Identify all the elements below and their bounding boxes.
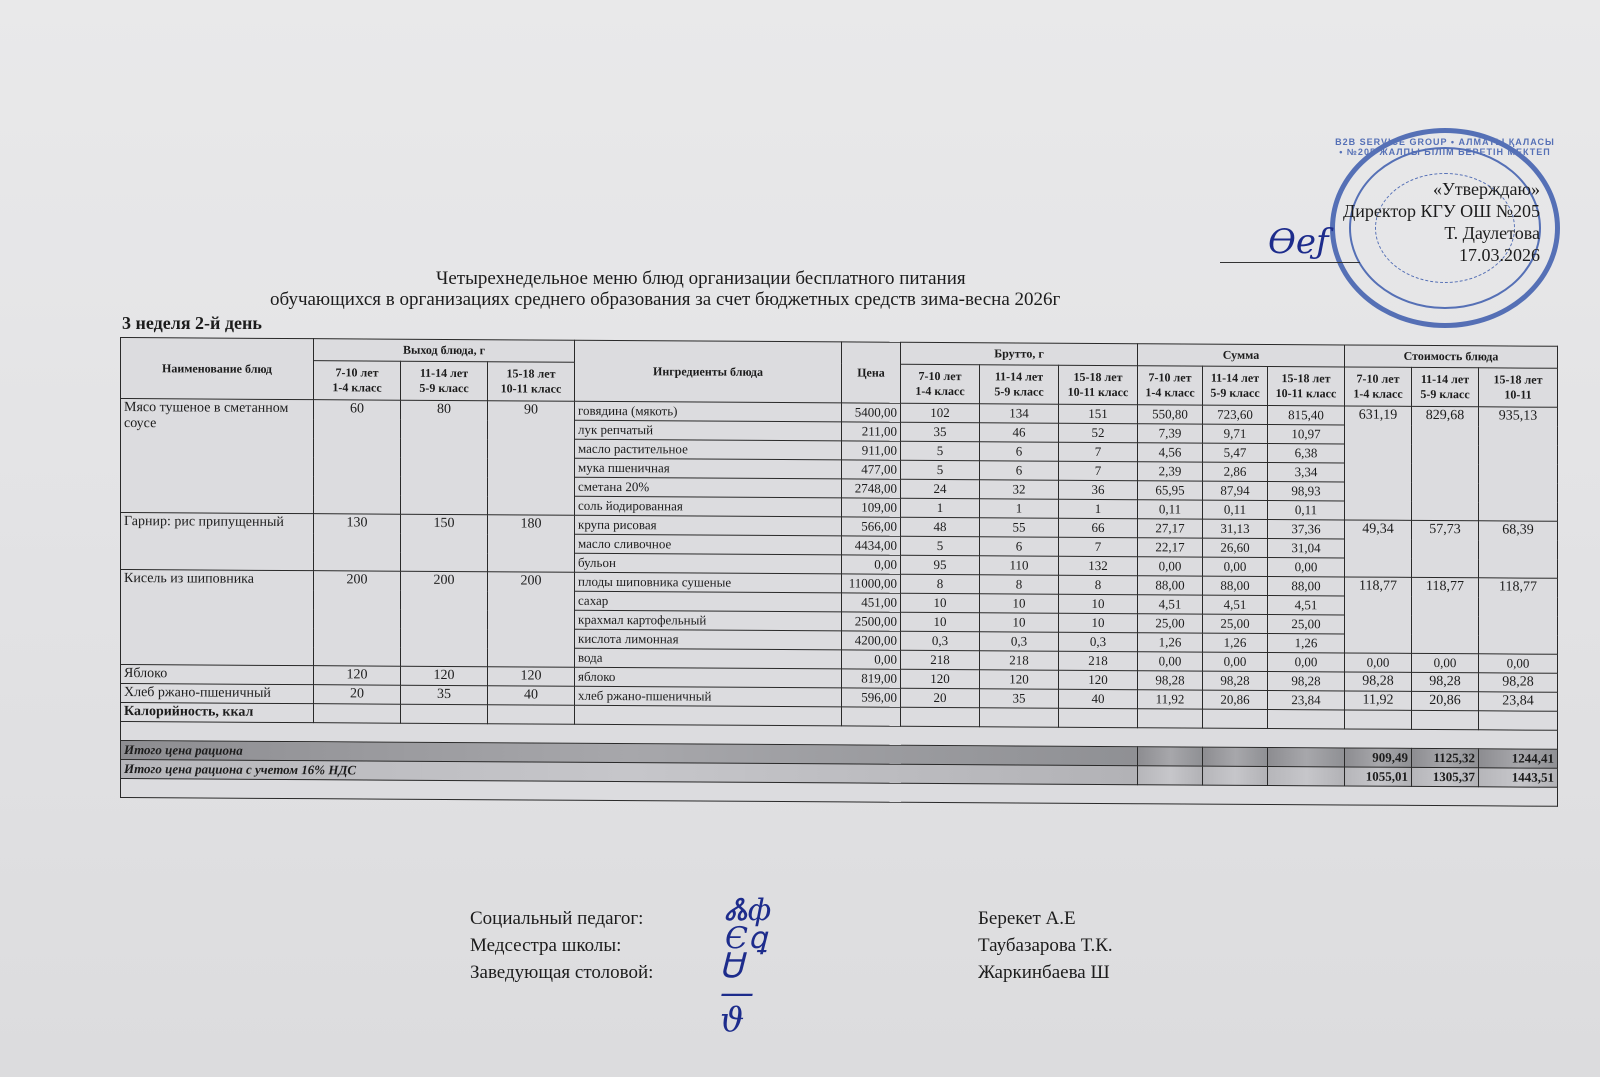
empty-cell: [1345, 710, 1412, 729]
signature-role: Заведующая столовой:: [470, 959, 653, 986]
grade-label: 10-11 класс: [1062, 385, 1134, 400]
dish-cost: 23,84: [1479, 692, 1558, 711]
ingredient-sum: 2,39: [1138, 462, 1203, 481]
age-label: 7-10 лет: [317, 365, 397, 380]
signature-canteen-head: Ꮜ—ϑ: [720, 953, 754, 1034]
ingredient-sum: 98,93: [1268, 482, 1345, 501]
age-label: 7-10 лет: [1141, 370, 1199, 385]
ingredient-sum: 27,17: [1138, 519, 1203, 538]
ingredient-brutto: 48: [901, 517, 980, 536]
ingredient-name: масло сливочное: [575, 534, 842, 555]
dish-name: Мясо тушеное в сметанном соусе: [121, 399, 314, 514]
total-value: 1244,41: [1479, 749, 1558, 768]
dish-output: 180: [488, 515, 575, 573]
header-output: Выход блюда, г: [314, 339, 575, 362]
ingredient-brutto: 1: [980, 499, 1059, 518]
ingredient-sum: 88,00: [1203, 576, 1268, 595]
dish-cost: 118,77: [1479, 578, 1558, 654]
ingredient-brutto: 35: [901, 422, 980, 441]
ingredient-price: 4434,00: [842, 536, 901, 555]
empty-cell: [1412, 710, 1479, 729]
age-label: 11-14 лет: [404, 365, 484, 380]
header-sum: Сумма: [1138, 344, 1345, 367]
dish-output: 90: [488, 401, 575, 516]
ingredient-sum: 25,00: [1268, 615, 1345, 634]
ingredient-name: мука пшеничная: [575, 458, 842, 479]
dish-name: Яблоко: [121, 665, 314, 685]
grade-label: 1-4 класс: [317, 380, 397, 395]
empty-cell: [1268, 767, 1345, 786]
ingredient-sum: 550,80: [1138, 405, 1203, 424]
ingredient-brutto: 8: [901, 574, 980, 593]
ingredient-name: масло растительное: [575, 439, 842, 460]
dish-cost: 98,28: [1479, 673, 1558, 692]
empty-cell: [1203, 709, 1268, 728]
dish-cost: 57,73: [1412, 520, 1479, 577]
ingredient-brutto: 218: [980, 651, 1059, 670]
ingredient-sum: 31,13: [1203, 519, 1268, 538]
ingredient-price: 819,00: [842, 669, 901, 688]
empty-cell: [488, 705, 575, 725]
total-value: 1443,51: [1479, 768, 1558, 787]
ingredient-name: сахар: [575, 591, 842, 612]
ingredient-brutto: 10: [1059, 613, 1138, 632]
ingredient-sum: 0,00: [1138, 652, 1203, 671]
document-title: Четырехнедельное меню блюд организации б…: [436, 268, 966, 290]
ingredient-brutto: 0,3: [980, 632, 1059, 651]
empty-cell: [1138, 766, 1203, 785]
dish-output: 200: [401, 571, 488, 667]
ingredient-brutto: 7: [1059, 442, 1138, 461]
ingredient-brutto: 5: [901, 441, 980, 460]
age-label: 11-14 лет: [1415, 372, 1475, 387]
document-subtitle: обучающихся в организациях среднего обра…: [270, 289, 1060, 311]
dish-output: 20: [314, 685, 401, 705]
age-label: 7-10 лет: [904, 369, 976, 384]
ingredient-sum: 723,60: [1203, 405, 1268, 424]
grade-label: 5-9 класс: [404, 380, 484, 395]
ingredient-brutto: 0,3: [1059, 632, 1138, 651]
empty-cell: [1203, 766, 1268, 785]
ingredient-brutto: 7: [1059, 537, 1138, 556]
ingredient-sum: 0,00: [1268, 653, 1345, 672]
empty-cell: [1203, 747, 1268, 766]
header-ingredients: Ингредиенты блюда: [575, 340, 842, 403]
ingredient-brutto: 40: [1059, 689, 1138, 708]
dish-cost: 20,86: [1412, 691, 1479, 710]
ingredient-sum: 2,86: [1203, 462, 1268, 481]
age-label: 11-14 лет: [983, 369, 1055, 384]
dish-cost: 49,34: [1345, 520, 1412, 577]
header-age-br-1: 11-14 лет5-9 класс: [980, 364, 1059, 404]
ingredient-price: 5400,00: [842, 403, 901, 422]
ingredient-brutto: 6: [980, 537, 1059, 556]
dish-output: 80: [401, 400, 488, 515]
ingredient-price: 477,00: [842, 460, 901, 479]
empty-cell: [1059, 708, 1138, 727]
ingredient-price: 211,00: [842, 422, 901, 441]
ingredient-brutto: 52: [1059, 423, 1138, 442]
signature-social-pedagogue: Ꮬф: [725, 897, 771, 924]
ingredient-sum: 11,92: [1138, 690, 1203, 709]
grade-label: 1-4 класс: [904, 384, 976, 399]
empty-cell: [1479, 711, 1558, 730]
ingredient-sum: 1,26: [1203, 633, 1268, 652]
ingredient-price: 566,00: [842, 517, 901, 536]
grade-label: 1-4 класс: [1348, 386, 1408, 401]
grade-label: 1-4 класс: [1141, 385, 1199, 400]
header-age-sum-2: 15-18 лет10-11 класс: [1268, 366, 1345, 406]
header-brutto: Брутто, г: [901, 342, 1138, 365]
dish-name: Хлеб ржано-пшеничный: [121, 684, 314, 704]
grade-label: 5-9 класс: [983, 384, 1055, 399]
ingredient-brutto: 1: [1059, 499, 1138, 518]
empty-cell: [575, 705, 842, 726]
ingredient-name: плоды шиповника сушеные: [575, 572, 842, 593]
menu-table: Наименование блюд Выход блюда, г Ингреди…: [120, 337, 1558, 807]
dish-cost: 68,39: [1479, 521, 1558, 578]
dish-cost: 11,92: [1345, 691, 1412, 710]
ingredient-brutto: 132: [1059, 556, 1138, 575]
header-age-sum-0: 7-10 лет1-4 класс: [1138, 365, 1203, 405]
approval-position: Директор КГУ ОШ №205: [1240, 200, 1540, 222]
dish-cost: 631,19: [1345, 406, 1412, 520]
header-age-out-2: 15-18 лет10-11 класс: [488, 361, 575, 401]
ingredient-price: 4200,00: [842, 631, 901, 650]
ingredient-brutto: 1: [901, 498, 980, 517]
ingredient-brutto: 6: [980, 442, 1059, 461]
empty-cell: [1138, 747, 1203, 766]
ingredient-brutto: 10: [1059, 594, 1138, 613]
header-age-cost-0: 7-10 лет1-4 класс: [1345, 366, 1412, 406]
ingredient-price: 451,00: [842, 593, 901, 612]
ingredient-sum: 0,00: [1203, 652, 1268, 671]
ingredient-brutto: 95: [901, 555, 980, 574]
dish-output: 60: [314, 400, 401, 515]
ingredient-sum: 4,51: [1138, 595, 1203, 614]
ingredient-sum: 88,00: [1138, 576, 1203, 595]
dish-cost: 829,68: [1412, 406, 1479, 520]
ingredient-sum: 98,28: [1203, 671, 1268, 690]
dish-name: Гарнир: рис припущенный: [121, 513, 314, 571]
ingredient-brutto: 8: [1059, 575, 1138, 594]
ingredient-brutto: 55: [980, 518, 1059, 537]
ingredient-sum: 0,00: [1268, 558, 1345, 577]
week-day-label: 3 неделя 2-й день: [122, 313, 262, 334]
ingredient-sum: 0,00: [1203, 557, 1268, 576]
ingredient-sum: 26,60: [1203, 538, 1268, 557]
dish-cost: 98,28: [1345, 672, 1412, 691]
stamp-text: B2B SERVICE GROUP • АЛМАТЫ ҚАЛАСЫ • №205…: [1335, 137, 1555, 157]
dish-output: 150: [401, 514, 488, 572]
ingredient-sum: 9,71: [1203, 424, 1268, 443]
dish-output: 120: [488, 667, 575, 687]
ingredient-name: сметана 20%: [575, 477, 842, 498]
ingredient-sum: 87,94: [1203, 481, 1268, 500]
ingredient-sum: 23,84: [1268, 691, 1345, 710]
header-cost: Стоимость блюда: [1345, 345, 1558, 368]
ingredient-cost: 0,00: [1345, 653, 1412, 672]
header-dish-name: Наименование блюд: [121, 338, 314, 400]
ingredient-price: 0,00: [842, 650, 901, 669]
ingredient-price: 2748,00: [842, 479, 901, 498]
approval-title: «Утверждаю»: [1240, 178, 1540, 200]
dish-name: Кисель из шиповника: [121, 570, 314, 666]
age-label: 15-18 лет: [1482, 372, 1554, 387]
dish-output: 200: [314, 571, 401, 667]
empty-cell: [1268, 748, 1345, 767]
header-age-br-2: 15-18 лет10-11 класс: [1059, 365, 1138, 405]
ingredient-brutto: 134: [980, 404, 1059, 423]
ingredient-brutto: 5: [901, 536, 980, 555]
header-age-out-0: 7-10 лет1-4 класс: [314, 360, 401, 400]
ingredient-brutto: 110: [980, 556, 1059, 575]
ingredient-name: соль йодированная: [575, 496, 842, 517]
signature-name: Берекет А.Е: [978, 905, 1198, 932]
ingredient-sum: 815,40: [1268, 406, 1345, 425]
total-value: 1305,37: [1412, 767, 1479, 786]
ingredient-sum: 1,26: [1268, 634, 1345, 653]
ingredient-sum: 22,17: [1138, 538, 1203, 557]
ingredient-brutto: 120: [980, 670, 1059, 689]
header-age-sum-1: 11-14 лет5-9 класс: [1203, 366, 1268, 406]
ingredient-brutto: 5: [901, 460, 980, 479]
dish-cost: 935,13: [1479, 407, 1558, 521]
ingredient-price: 596,00: [842, 688, 901, 707]
ingredient-sum: 4,56: [1138, 443, 1203, 462]
header-price: Цена: [842, 342, 901, 403]
ingredient-sum: 4,51: [1268, 596, 1345, 615]
header-age-out-1: 11-14 лет5-9 класс: [401, 361, 488, 401]
signature-line: [1220, 262, 1360, 263]
ingredient-brutto: 7: [1059, 461, 1138, 480]
ingredient-brutto: 102: [901, 403, 980, 422]
empty-cell: [901, 707, 980, 726]
age-label: 11-14 лет: [1206, 370, 1264, 385]
ingredient-cost: 0,00: [1479, 654, 1558, 673]
ingredient-brutto: 218: [1059, 651, 1138, 670]
ingredient-brutto: 151: [1059, 404, 1138, 423]
total-value: 909,49: [1345, 748, 1412, 767]
ingredient-brutto: 120: [1059, 670, 1138, 689]
signature-name: Таубазарова Т.К.: [978, 932, 1198, 959]
ingredient-sum: 25,00: [1138, 614, 1203, 633]
ingredient-brutto: 10: [901, 593, 980, 612]
ingredient-sum: 0,11: [1138, 500, 1203, 519]
ingredient-name: яблоко: [575, 667, 842, 688]
header-age-cost-1: 11-14 лет5-9 класс: [1412, 367, 1479, 407]
signatures-block: Социальный педагог:Медсестра школы:Завед…: [470, 905, 653, 986]
dish-cost: 118,77: [1345, 577, 1412, 653]
ingredient-sum: 6,38: [1268, 444, 1345, 463]
ingredient-brutto: 35: [980, 689, 1059, 708]
ingredient-price: 911,00: [842, 441, 901, 460]
empty-cell: [314, 704, 401, 724]
total-value: 1055,01: [1345, 767, 1412, 786]
ingredient-sum: 0,11: [1268, 501, 1345, 520]
ingredient-sum: 31,04: [1268, 539, 1345, 558]
header-age-br-0: 7-10 лет1-4 класс: [901, 364, 980, 404]
ingredient-price: 11000,00: [842, 574, 901, 593]
ingredient-sum: 98,28: [1138, 671, 1203, 690]
ingredient-sum: 98,28: [1268, 672, 1345, 691]
ingredient-price: 109,00: [842, 498, 901, 517]
ingredient-sum: 5,47: [1203, 443, 1268, 462]
ingredient-sum: 88,00: [1268, 577, 1345, 596]
signature-role: Медсестра школы:: [470, 932, 653, 959]
ingredient-brutto: 20: [901, 688, 980, 707]
ingredient-name: говядина (мякоть): [575, 401, 842, 422]
empty-cell: [1138, 709, 1203, 728]
ingredient-brutto: 0,3: [901, 631, 980, 650]
empty-cell: [1268, 710, 1345, 729]
age-label: 15-18 лет: [1062, 370, 1134, 385]
grade-label: 10-11 класс: [491, 381, 571, 396]
ingredient-brutto: 218: [901, 650, 980, 669]
ingredient-brutto: 66: [1059, 518, 1138, 537]
dish-output: 120: [314, 666, 401, 686]
grade-label: 5-9 класс: [1415, 387, 1475, 402]
ingredient-sum: 1,26: [1138, 633, 1203, 652]
ingredient-brutto: 6: [980, 461, 1059, 480]
dish-cost: 118,77: [1412, 577, 1479, 653]
ingredient-brutto: 8: [980, 575, 1059, 594]
ingredient-name: бульон: [575, 553, 842, 574]
empty-cell: [842, 707, 901, 726]
ingredient-name: кислота лимонная: [575, 629, 842, 650]
ingredient-brutto: 32: [980, 480, 1059, 499]
signature-name: Жаркинбаева Ш: [978, 959, 1198, 986]
ingredient-sum: 0,00: [1138, 557, 1203, 576]
dish-output: 200: [488, 572, 575, 668]
ingredient-name: лук репчатый: [575, 420, 842, 441]
ingredient-brutto: 46: [980, 423, 1059, 442]
calories-label: Калорийность, ккал: [121, 703, 314, 723]
ingredient-name: вода: [575, 648, 842, 669]
empty-cell: [401, 704, 488, 724]
empty-cell: [980, 708, 1059, 727]
dish-cost: 98,28: [1412, 672, 1479, 691]
ingredient-price: 2500,00: [842, 612, 901, 631]
age-label: 15-18 лет: [1271, 371, 1341, 386]
grade-label: 10-11: [1482, 387, 1554, 402]
ingredient-sum: 10,97: [1268, 425, 1345, 444]
ingredient-brutto: 10: [980, 613, 1059, 632]
director-signature: Ѳеƒ: [1268, 222, 1329, 262]
grade-label: 10-11 класс: [1271, 386, 1341, 401]
ingredient-name: крупа рисовая: [575, 515, 842, 536]
dish-output: 35: [401, 685, 488, 705]
ingredient-brutto: 120: [901, 669, 980, 688]
dish-output: 130: [314, 514, 401, 572]
ingredient-brutto: 10: [980, 594, 1059, 613]
ingredient-name: крахмал картофельный: [575, 610, 842, 631]
ingredient-brutto: 36: [1059, 480, 1138, 499]
ingredient-name: хлеб ржано-пшеничный: [575, 686, 842, 707]
ingredient-sum: 3,34: [1268, 463, 1345, 482]
total-value: 1125,32: [1412, 748, 1479, 767]
ingredient-sum: 7,39: [1138, 424, 1203, 443]
ingredient-sum: 25,00: [1203, 614, 1268, 633]
ingredient-brutto: 10: [901, 612, 980, 631]
ingredient-price: 0,00: [842, 555, 901, 574]
header-age-cost-2: 15-18 лет10-11: [1479, 367, 1558, 407]
ingredient-sum: 65,95: [1138, 481, 1203, 500]
signature-role: Социальный педагог:: [470, 905, 653, 932]
dish-output: 40: [488, 686, 575, 706]
ingredient-sum: 0,11: [1203, 500, 1268, 519]
ingredient-cost: 0,00: [1412, 653, 1479, 672]
ingredient-sum: 20,86: [1203, 690, 1268, 709]
ingredient-sum: 37,36: [1268, 520, 1345, 539]
dish-output: 120: [401, 666, 488, 686]
ingredient-brutto: 24: [901, 479, 980, 498]
age-label: 7-10 лет: [1348, 371, 1408, 386]
grade-label: 5-9 класс: [1206, 385, 1264, 400]
age-label: 15-18 лет: [491, 366, 571, 381]
ingredient-sum: 4,51: [1203, 595, 1268, 614]
